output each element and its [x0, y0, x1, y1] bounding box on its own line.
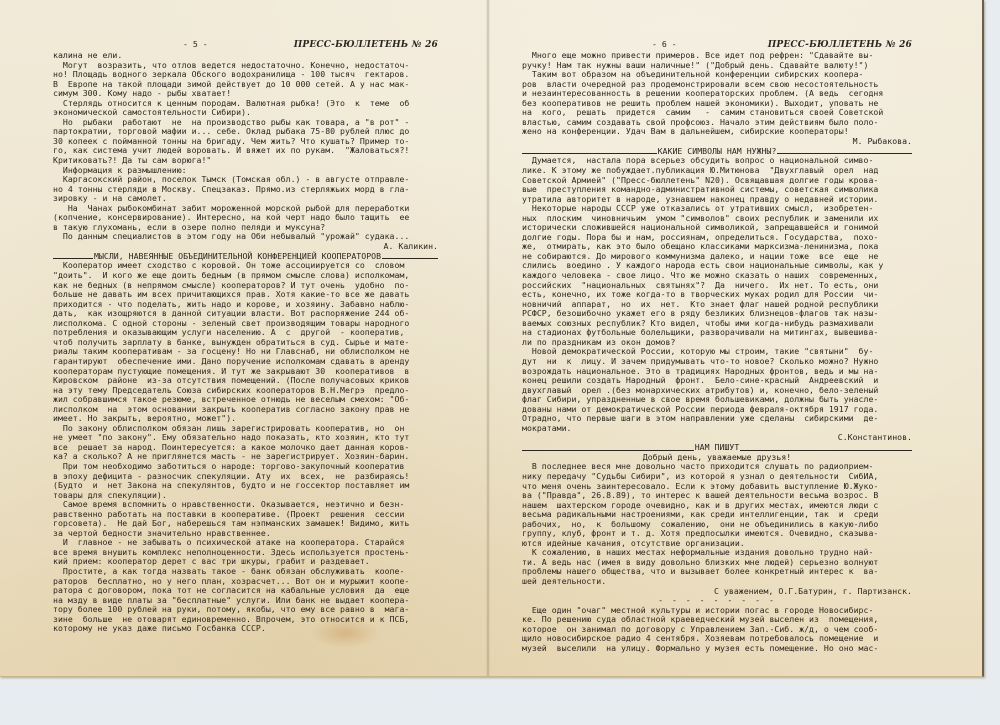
text-line: не собираются. До мирового коммунизма да… [522, 252, 912, 262]
text-line: ке. По решению суда областной краеведчес… [522, 615, 912, 625]
heading-rule [522, 153, 657, 154]
text-line: При том необходимо заботиться о народе: … [53, 462, 438, 472]
text-line: есть, конечно, их тоже когда-то в творче… [522, 290, 912, 300]
text-line: По данным специалистов в этом году на Об… [53, 232, 438, 242]
heading-text: КАКИЕ СИМВОЛЫ НАМ НУЖНЫ? [657, 147, 778, 157]
text-line: 30 копеек с пойманной тонны на бригаду. … [53, 137, 438, 147]
text-line: По закону облисполком обязан лишь зареги… [53, 424, 438, 434]
article-fishing: калина не ели. Могут возразить, что отло… [53, 51, 438, 242]
text-line: кий прием: кооператор дерет с вас три шк… [53, 557, 438, 567]
text-line: ка? а сколько? А не приглянется масть - … [53, 452, 438, 462]
text-line: раторов бесплатно, но у него план, хозра… [53, 577, 438, 587]
text-line: Простите, а как тогда назвать такое - ба… [53, 567, 438, 577]
text-line: больше не давать им всех причитающихся п… [53, 290, 438, 300]
text-line: утратила авторитет в народе, узнавшем на… [522, 195, 912, 205]
text-line: Думается, настала пора всерьез обсудить … [522, 156, 912, 166]
text-line: Но рыбаки работают не на производство ры… [53, 118, 438, 128]
text-line: партократии, торговой мафии и... себе. О… [53, 127, 438, 137]
page-6: - 6 - ПРЕСС-БЮЛЛЕТЕНЬ № 26 Много еще мож… [522, 40, 912, 653]
text-line: на эту тему Председатель Союза сибирских… [53, 386, 438, 396]
text-line: ров власти очередной раз продемонстриров… [522, 80, 912, 90]
center-fold [486, 0, 490, 676]
text-line: лике. К этому же побуждает.публикация Ю.… [522, 166, 912, 176]
page-5: - 5 - ПРЕСС-БЮЛЛЕТЕНЬ № 26 калина не ели… [53, 40, 438, 634]
text-line: равственно работать на поставки в коопер… [53, 510, 438, 520]
text-line: Кировском районе из-за отсутствия помеще… [53, 376, 438, 386]
page-header: - 5 - ПРЕСС-БЮЛЛЕТЕНЬ № 26 [53, 40, 438, 50]
text-line: исторически сложившейся национальной сим… [522, 223, 912, 233]
text-line: которому не указ даже письмо Госбанка СС… [53, 624, 438, 634]
text-line: музей выселили на улицу. Формально у муз… [522, 644, 912, 654]
text-line: чтоб получить зарплату в банке, вынужден… [53, 338, 438, 348]
article-museum: Еще один "очаг" местной культуры и истор… [522, 606, 912, 654]
text-line: не умеет "по закону". Ему обязательно на… [53, 433, 438, 443]
text-line: и незаинтересованность в решении коопера… [522, 89, 912, 99]
article-cooperators: Кооператор имеет сходство с коровой. Он … [53, 261, 438, 633]
text-line: Информация к размышлению: [53, 166, 438, 176]
text-line: щило новосибирское радио 4 сентября. Хоз… [522, 634, 912, 644]
heading-rule [382, 258, 438, 259]
text-line: потребления и оказывающим услуги населен… [53, 328, 438, 338]
text-line: Каргасокский район, поселок Тымск (Томск… [53, 175, 438, 185]
text-line: ти. А ведь нас (имея в виду довольно бли… [522, 558, 912, 568]
heading-rule [53, 258, 93, 259]
text-line: но 4 тонны стерляди в Москву. Спецзаказ.… [53, 185, 438, 195]
heading-rule [522, 450, 694, 451]
text-line: группу, клуб, фронт и т. д. Хотя предпос… [522, 529, 912, 539]
article-symbols: Думается, настала пора всерьез обсудить … [522, 156, 912, 433]
text-line: Еще один "очаг" местной культуры и истор… [522, 606, 912, 616]
heading-rule [777, 153, 912, 154]
text-line: нику передачу "Судьбы Сибири", из которо… [522, 472, 912, 482]
separator: - - - - - - - - - [522, 596, 912, 606]
text-line: дать, как изощряются в данной ситуации в… [53, 309, 438, 319]
text-line: долгие годы. Пора бы и нам, россиянам, о… [522, 233, 912, 243]
text-line: ручку! Нам так нужны ваши наличные!" ("Д… [522, 61, 912, 71]
text-line: властью, самим создавать свой профсоюз. … [522, 118, 912, 128]
text-line: все решает за народ. Поинтересуется: а к… [53, 443, 438, 453]
text-line: симум 300. Кому надо - рыбы хватает! [53, 89, 438, 99]
text-line: без кооперативов не решить проблем нашей… [522, 99, 912, 109]
article-letter: В последнее веся мне довольно часто прих… [522, 462, 912, 586]
text-line: ются идейные качания, отсутствие организ… [522, 539, 912, 549]
text-line: российских "национальных святынях"? Да н… [522, 281, 912, 291]
text-line: флаг Сибири, упраздненные в свое время б… [522, 395, 912, 405]
text-line: все время внушить комплекс неполноценнос… [53, 548, 438, 558]
text-line: На Чанах рыбокомбинат забит мороженной м… [53, 204, 438, 214]
text-line: экономической самостоятельности Сибири). [53, 108, 438, 118]
text-line: Могут возразить, что отлов ведется недос… [53, 61, 438, 71]
text-line: товары для спекуляции). [53, 491, 438, 501]
text-line: риалы таким кооперативам - за госцену! Н… [53, 347, 438, 357]
text-line: лисполком на этом основании закрыть кооп… [53, 405, 438, 415]
text-line: которое он занимал по договору с Управле… [522, 625, 912, 635]
text-line: конец решили создать Народный фронт. Бел… [522, 376, 912, 386]
page-header: - 6 - ПРЕСС-БЮЛЛЕТЕНЬ № 26 [522, 40, 912, 50]
text-line: вые преступления командно-административн… [522, 185, 912, 195]
text-line: но! Площадь водного зеркала Обского водо… [53, 70, 438, 80]
text-line: возрождать национальное. Это в традициях… [522, 367, 912, 377]
text-line: ных плоским чиновничьим умом "символов" … [522, 214, 912, 224]
article-cooperators-continued: Много еще можно привести примеров. Все и… [522, 51, 912, 137]
text-line: кооператорам пустующие помещения. И тут … [53, 367, 438, 377]
text-line: Кооператор имеет сходство с коровой. Он … [53, 261, 438, 271]
article-heading: КАКИЕ СИМВОЛЫ НАМ НУЖНЫ? [522, 146, 912, 156]
publication-title: ПРЕСС-БЮЛЛЕТЕНЬ № 26 [768, 41, 912, 51]
text-line: нашем шахтерском городе очевидно, как и … [522, 501, 912, 511]
text-line: двухглавый орел .(без монархических атри… [522, 386, 912, 396]
page-number: - 5 - [183, 40, 208, 50]
text-line: имеет. Но закрыть, вероятно, может"). [53, 414, 438, 424]
text-line: Отрадно, что первые шаги в этом направле… [522, 414, 912, 424]
text-line: "доить". И кого же еще доить бедным (в п… [53, 271, 438, 281]
publication-title: ПРЕСС-БЮЛЛЕТЕНЬ № 26 [294, 41, 438, 51]
text-line: (копчение, консервирование). Интересно, … [53, 213, 438, 223]
text-line: жил собравшимся такое резюме, встреченно… [53, 395, 438, 405]
text-line: дут ни к лицу. И зачем придумывать что-т… [522, 357, 912, 367]
text-line: приходится - что поделать, жить надо и к… [53, 300, 438, 310]
text-line: Новой демократической России, которую мы… [522, 347, 912, 357]
text-line: ли по праздникам из окон домов? [522, 338, 912, 348]
text-line: калина не ели. [53, 51, 438, 61]
text-line: на мзду в виде платы за "бесплатные" усл… [53, 596, 438, 606]
text-line: новничий аппарат, но их нет. Кто знает ф… [522, 300, 912, 310]
text-line: тору более 100 рублей на руки, потому, я… [53, 605, 438, 615]
text-line: К сожалению, в наших местах неформальные… [522, 548, 912, 558]
text-line: Некоторые народы СССР уже отказались от … [522, 204, 912, 214]
text-line: В Европе на такой площади зимой действуе… [53, 80, 438, 90]
text-line: го, как система учит людей воровать. И в… [53, 146, 438, 156]
text-line: зировку - и на самолет. [53, 194, 438, 204]
text-line: лисполкома. С одной стороны - зеленый св… [53, 319, 438, 329]
document-sheet: - 5 - ПРЕСС-БЮЛЛЕТЕНЬ № 26 калина не ели… [0, 0, 984, 677]
text-line: слились воедино . У каждого народа есть … [522, 261, 912, 271]
letter-greeting: Добрый день, уважаемые друзья! [522, 453, 912, 463]
heading-rule [740, 450, 912, 451]
text-line: в такую глухомань, если в озере полно пе… [53, 223, 438, 233]
text-line: Стерлядь относится к ценным породам. Вал… [53, 99, 438, 109]
text-line: ва ("Правда", 26.8.89), то интерес к ваш… [522, 491, 912, 501]
text-line: проблемы нашего общества, что и вызывает… [522, 567, 912, 577]
text-line: же, отмирать, как это было обещано класс… [522, 242, 912, 252]
text-line: Таким вот образом на объединительной кон… [522, 70, 912, 80]
text-line: В последнее веся мне довольно часто прих… [522, 462, 912, 472]
page-number: - 6 - [652, 40, 677, 50]
article-heading: МЫСЛИ, НАВЕЯННЫЕ ОБЪЕДИНИТЕЛЬНОЙ КОНФЕРЕ… [53, 251, 438, 261]
text-line: что меня очень заинтересовало. Если к эт… [522, 482, 912, 492]
text-line: ратора с договором, пока тот не согласит… [53, 586, 438, 596]
text-line: Самое время вспомнить о нравственности. … [53, 500, 438, 510]
text-line: на стадионах футбольные болельщики, разв… [522, 328, 912, 338]
text-line: И главное - не забывать о психической ат… [53, 538, 438, 548]
text-line: гарантируют обеспечение ими. Дано поруче… [53, 357, 438, 367]
text-line: за чертой бедности значительно нравствен… [53, 529, 438, 539]
text-line: горсовета). Не дай Бог, наберешься там н… [53, 519, 438, 529]
text-line: дованы нами от демократической России пе… [522, 405, 912, 415]
text-line: Много еще можно привести примеров. Все и… [522, 51, 912, 61]
text-line: как не бедных (в непрямом смысле) коопер… [53, 281, 438, 291]
text-line: Советской Армией" ("Пресс-бюллетень" N20… [522, 176, 912, 186]
text-line: весьма радикальными настроениями, как ср… [522, 510, 912, 520]
text-line: РСФСР, безошибочно укажет его в ряду без… [522, 309, 912, 319]
text-line: рабочих, но, к большому сожалению, они н… [522, 520, 912, 530]
text-line: каждого человека - свое лицо. Что же мож… [522, 271, 912, 281]
text-line: ваемых союзных республик? Кто видел, что… [522, 319, 912, 329]
text-line: Критиковать?! Да ты сам ворюга!" [53, 156, 438, 166]
text-line: (Будто и нет Закона на спекулянтов, будт… [53, 481, 438, 491]
heading-text: МЫСЛИ, НАВЕЯННЫЕ ОБЪЕДИНИТЕЛЬНОЙ КОНФЕРЕ… [93, 252, 382, 262]
text-line: на кого, решать придется самим - самим с… [522, 108, 912, 118]
text-line: в эпоху дефицита - разносчик спекуляции.… [53, 472, 438, 482]
text-line: зине больше не отоварят единовременно. В… [53, 615, 438, 625]
